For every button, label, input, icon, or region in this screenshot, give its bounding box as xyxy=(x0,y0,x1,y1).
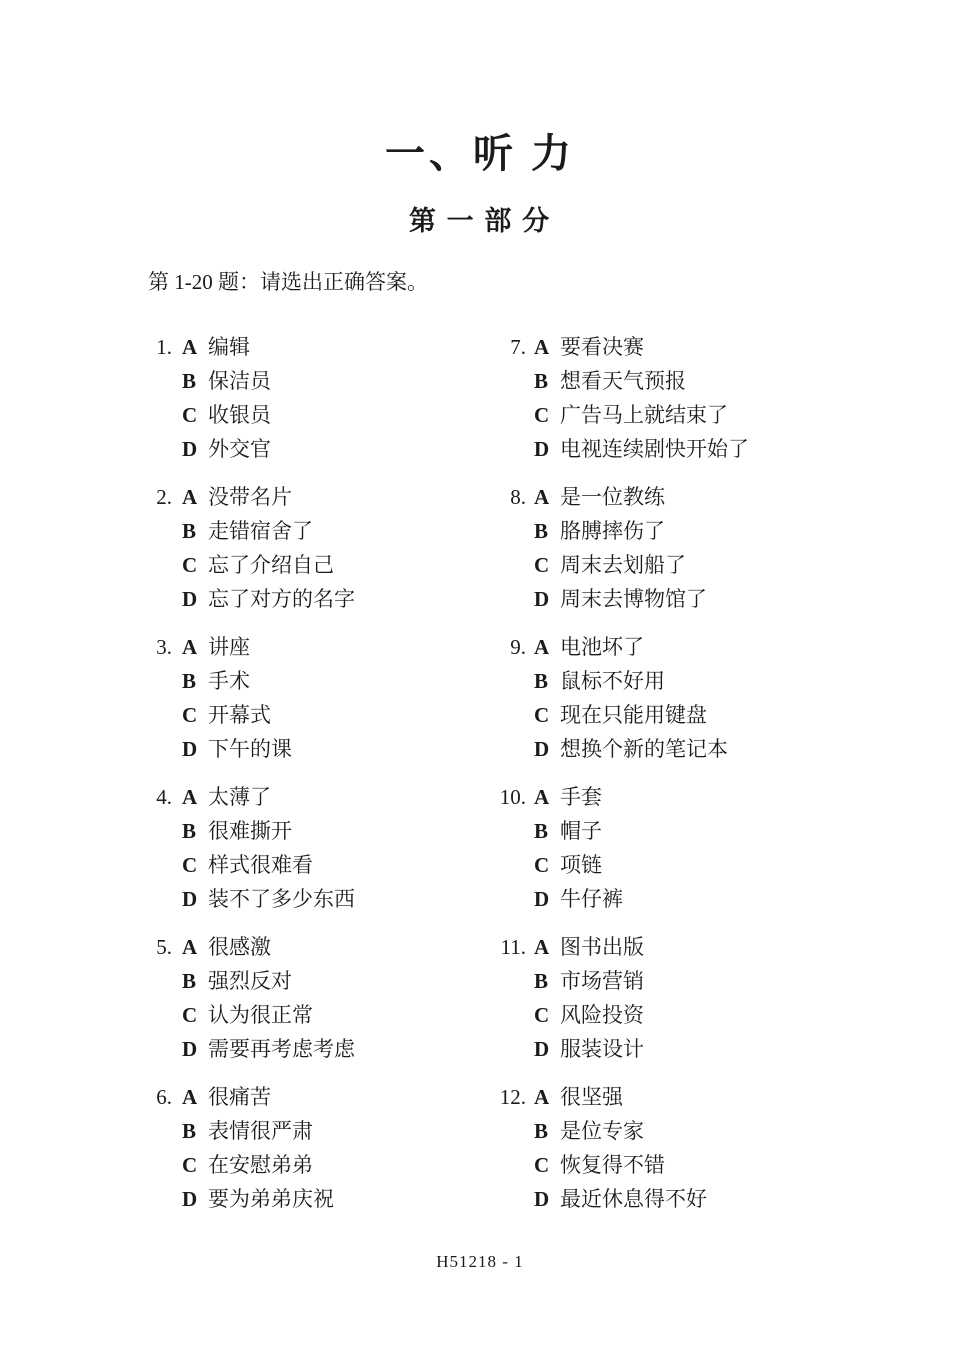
number-spacer xyxy=(498,1148,526,1182)
option-row: D电视连续剧快开始了 xyxy=(498,432,960,466)
number-spacer xyxy=(150,1182,172,1216)
option-letter: A xyxy=(182,1080,199,1114)
option-text: 市场营销 xyxy=(560,964,644,998)
option-letter: A xyxy=(534,1080,551,1114)
question-number: 7. xyxy=(498,330,526,364)
option-text: 收银员 xyxy=(208,398,271,432)
option-text: 手术 xyxy=(208,664,250,698)
option-letter: A xyxy=(182,630,199,664)
option-letter: D xyxy=(534,1182,551,1216)
option-letter: D xyxy=(534,732,551,766)
option-text: 牛仔裤 xyxy=(560,882,623,916)
question-8: 8.A是一位教练 B胳膊摔伤了 C周末去划船了 D周末去博物馆了 xyxy=(498,480,960,616)
option-letter: B xyxy=(182,364,199,398)
number-spacer xyxy=(150,814,172,848)
number-spacer xyxy=(498,582,526,616)
option-text: 是一位教练 xyxy=(560,480,665,514)
option-letter: A xyxy=(534,630,551,664)
option-text: 很感激 xyxy=(208,930,271,964)
option-row: C开幕式 xyxy=(150,698,498,732)
option-letter: B xyxy=(534,664,551,698)
option-text: 周末去博物馆了 xyxy=(560,582,707,616)
option-row: B想看天气预报 xyxy=(498,364,960,398)
option-text: 想换个新的笔记本 xyxy=(560,732,728,766)
option-text: 很难撕开 xyxy=(208,814,292,848)
question-number: 9. xyxy=(498,630,526,664)
number-spacer xyxy=(498,1114,526,1148)
number-spacer xyxy=(498,364,526,398)
option-letter: D xyxy=(534,582,551,616)
number-spacer xyxy=(150,432,172,466)
question-11: 11.A图书出版 B市场营销 C风险投资 D服装设计 xyxy=(498,930,960,1066)
option-row: B鼠标不好用 xyxy=(498,664,960,698)
option-letter: B xyxy=(534,964,551,998)
option-letter: B xyxy=(182,514,199,548)
option-row: B是位专家 xyxy=(498,1114,960,1148)
option-letter: C xyxy=(182,548,199,582)
option-row: C广告马上就结束了 xyxy=(498,398,960,432)
option-row: D下午的课 xyxy=(150,732,498,766)
option-row: 4.A太薄了 xyxy=(150,780,498,814)
option-row: D忘了对方的名字 xyxy=(150,582,498,616)
option-row: C周末去划船了 xyxy=(498,548,960,582)
option-text: 周末去划船了 xyxy=(560,548,686,582)
number-spacer xyxy=(498,698,526,732)
option-text: 在安慰弟弟 xyxy=(208,1148,313,1182)
option-text: 现在只能用键盘 xyxy=(560,698,707,732)
question-number: 12. xyxy=(498,1080,526,1114)
question-1: 1.A编辑 B保洁员 C收银员 D外交官 xyxy=(150,330,498,466)
number-spacer xyxy=(150,732,172,766)
number-spacer xyxy=(498,398,526,432)
option-letter: B xyxy=(534,1114,551,1148)
number-spacer xyxy=(498,964,526,998)
option-letter: C xyxy=(182,698,199,732)
option-letter: C xyxy=(182,398,199,432)
option-text: 手套 xyxy=(560,780,602,814)
option-letter: C xyxy=(534,698,551,732)
option-text: 忘了对方的名字 xyxy=(208,582,355,616)
option-text: 是位专家 xyxy=(560,1114,644,1148)
option-letter: D xyxy=(182,432,199,466)
option-text: 认为很正常 xyxy=(208,998,313,1032)
option-text: 胳膊摔伤了 xyxy=(560,514,665,548)
option-text: 电池坏了 xyxy=(560,630,644,664)
number-spacer xyxy=(150,1032,172,1066)
option-text: 要为弟弟庆祝 xyxy=(208,1182,334,1216)
question-10: 10.A手套 B帽子 C项链 D牛仔裤 xyxy=(498,780,960,916)
option-letter: C xyxy=(534,998,551,1032)
option-letter: D xyxy=(534,432,551,466)
option-row: 6.A很痛苦 xyxy=(150,1080,498,1114)
option-row: D需要再考虑考虑 xyxy=(150,1032,498,1066)
option-letter: A xyxy=(182,930,199,964)
number-spacer xyxy=(498,548,526,582)
option-row: C在安慰弟弟 xyxy=(150,1148,498,1182)
option-text: 电视连续剧快开始了 xyxy=(560,432,749,466)
question-number: 6. xyxy=(150,1080,172,1114)
option-text: 广告马上就结束了 xyxy=(560,398,728,432)
option-letter: B xyxy=(182,964,199,998)
question-3: 3.A讲座 B手术 C开幕式 D下午的课 xyxy=(150,630,498,766)
option-row: C风险投资 xyxy=(498,998,960,1032)
number-spacer xyxy=(150,398,172,432)
number-spacer xyxy=(498,998,526,1032)
option-text: 恢复得不错 xyxy=(560,1148,665,1182)
option-text: 表情很严肃 xyxy=(208,1114,313,1148)
option-letter: D xyxy=(534,882,551,916)
question-number: 5. xyxy=(150,930,172,964)
option-row: C忘了介绍自己 xyxy=(150,548,498,582)
option-text: 装不了多少东西 xyxy=(208,882,355,916)
option-letter: A xyxy=(534,480,551,514)
option-text: 最近休息得不好 xyxy=(560,1182,707,1216)
question-7: 7.A要看决赛 B想看天气预报 C广告马上就结束了 D电视连续剧快开始了 xyxy=(498,330,960,466)
option-text: 强烈反对 xyxy=(208,964,292,998)
option-row: B市场营销 xyxy=(498,964,960,998)
questions-area: 1.A编辑 B保洁员 C收银员 D外交官 2.A没带名片 B走错宿舍了 C忘了介… xyxy=(150,330,960,1230)
option-text: 鼠标不好用 xyxy=(560,664,665,698)
option-row: C收银员 xyxy=(150,398,498,432)
option-row: 7.A要看决赛 xyxy=(498,330,960,364)
page-footer-code: H51218 - 1 xyxy=(0,1252,960,1272)
option-text: 需要再考虑考虑 xyxy=(208,1032,355,1066)
option-row: 8.A是一位教练 xyxy=(498,480,960,514)
number-spacer xyxy=(150,364,172,398)
option-letter: C xyxy=(534,1148,551,1182)
number-spacer xyxy=(498,514,526,548)
number-spacer xyxy=(498,1032,526,1066)
option-row: B很难撕开 xyxy=(150,814,498,848)
questions-column-left: 1.A编辑 B保洁员 C收银员 D外交官 2.A没带名片 B走错宿舍了 C忘了介… xyxy=(150,330,498,1230)
question-9: 9.A电池坏了 B鼠标不好用 C现在只能用键盘 D想换个新的笔记本 xyxy=(498,630,960,766)
option-text: 保洁员 xyxy=(208,364,271,398)
option-row: B表情很严肃 xyxy=(150,1114,498,1148)
option-row: D外交官 xyxy=(150,432,498,466)
option-row: C现在只能用键盘 xyxy=(498,698,960,732)
option-text: 太薄了 xyxy=(208,780,271,814)
option-row: D牛仔裤 xyxy=(498,882,960,916)
option-text: 下午的课 xyxy=(208,732,292,766)
option-letter: A xyxy=(534,930,551,964)
question-number: 4. xyxy=(150,780,172,814)
option-row: 11.A图书出版 xyxy=(498,930,960,964)
option-letter: D xyxy=(182,1032,199,1066)
option-row: 2.A没带名片 xyxy=(150,480,498,514)
option-row: D装不了多少东西 xyxy=(150,882,498,916)
option-text: 图书出版 xyxy=(560,930,644,964)
number-spacer xyxy=(150,1114,172,1148)
question-5: 5.A很感激 B强烈反对 C认为很正常 D需要再考虑考虑 xyxy=(150,930,498,1066)
option-text: 服装设计 xyxy=(560,1032,644,1066)
number-spacer xyxy=(150,664,172,698)
option-letter: A xyxy=(182,330,199,364)
option-row: D周末去博物馆了 xyxy=(498,582,960,616)
option-letter: B xyxy=(182,1114,199,1148)
option-row: 5.A很感激 xyxy=(150,930,498,964)
option-text: 想看天气预报 xyxy=(560,364,686,398)
number-spacer xyxy=(150,964,172,998)
option-row: B走错宿舍了 xyxy=(150,514,498,548)
option-text: 样式很难看 xyxy=(208,848,313,882)
question-4: 4.A太薄了 B很难撕开 C样式很难看 D装不了多少东西 xyxy=(150,780,498,916)
option-row: D要为弟弟庆祝 xyxy=(150,1182,498,1216)
questions-column-right: 7.A要看决赛 B想看天气预报 C广告马上就结束了 D电视连续剧快开始了 8.A… xyxy=(498,330,960,1230)
question-number: 11. xyxy=(498,930,526,964)
option-text: 很坚强 xyxy=(560,1080,623,1114)
number-spacer xyxy=(150,548,172,582)
instruction-text: 第 1-20 题：请选出正确答案。 xyxy=(148,266,960,296)
option-letter: C xyxy=(534,848,551,882)
option-row: D最近休息得不好 xyxy=(498,1182,960,1216)
option-row: D想换个新的笔记本 xyxy=(498,732,960,766)
option-letter: C xyxy=(534,398,551,432)
option-text: 没带名片 xyxy=(208,480,292,514)
option-row: 9.A电池坏了 xyxy=(498,630,960,664)
option-text: 要看决赛 xyxy=(560,330,644,364)
option-row: B手术 xyxy=(150,664,498,698)
option-letter: A xyxy=(182,780,199,814)
option-row: C认为很正常 xyxy=(150,998,498,1032)
question-number: 3. xyxy=(150,630,172,664)
option-letter: D xyxy=(182,882,199,916)
option-text: 忘了介绍自己 xyxy=(208,548,334,582)
option-letter: B xyxy=(182,664,199,698)
option-letter: D xyxy=(182,1182,199,1216)
option-letter: B xyxy=(534,514,551,548)
question-12: 12.A很坚强 B是位专家 C恢复得不错 D最近休息得不好 xyxy=(498,1080,960,1216)
option-row: B强烈反对 xyxy=(150,964,498,998)
option-letter: D xyxy=(534,1032,551,1066)
number-spacer xyxy=(150,514,172,548)
option-letter: C xyxy=(182,1148,199,1182)
option-row: C恢复得不错 xyxy=(498,1148,960,1182)
section-title: 一、听 力 xyxy=(0,0,960,179)
option-letter: C xyxy=(534,548,551,582)
number-spacer xyxy=(150,998,172,1032)
number-spacer xyxy=(150,882,172,916)
option-row: 10.A手套 xyxy=(498,780,960,814)
number-spacer xyxy=(498,1182,526,1216)
option-row: B胳膊摔伤了 xyxy=(498,514,960,548)
option-row: B帽子 xyxy=(498,814,960,848)
option-text: 开幕式 xyxy=(208,698,271,732)
question-number: 8. xyxy=(498,480,526,514)
option-letter: A xyxy=(182,480,199,514)
option-text: 项链 xyxy=(560,848,602,882)
option-row: C样式很难看 xyxy=(150,848,498,882)
number-spacer xyxy=(150,848,172,882)
option-letter: A xyxy=(534,330,551,364)
question-number: 1. xyxy=(150,330,172,364)
number-spacer xyxy=(498,882,526,916)
number-spacer xyxy=(150,698,172,732)
number-spacer xyxy=(498,848,526,882)
option-row: 1.A编辑 xyxy=(150,330,498,364)
option-text: 讲座 xyxy=(208,630,250,664)
option-row: 12.A很坚强 xyxy=(498,1080,960,1114)
option-letter: B xyxy=(534,814,551,848)
option-row: C项链 xyxy=(498,848,960,882)
option-letter: D xyxy=(182,582,199,616)
number-spacer xyxy=(150,582,172,616)
number-spacer xyxy=(498,432,526,466)
option-letter: B xyxy=(182,814,199,848)
option-row: B保洁员 xyxy=(150,364,498,398)
option-letter: C xyxy=(182,998,199,1032)
option-row: D服装设计 xyxy=(498,1032,960,1066)
option-row: 3.A讲座 xyxy=(150,630,498,664)
option-text: 外交官 xyxy=(208,432,271,466)
option-text: 很痛苦 xyxy=(208,1080,271,1114)
option-text: 帽子 xyxy=(560,814,602,848)
part-subtitle: 第 一 部 分 xyxy=(0,199,960,238)
option-letter: B xyxy=(534,364,551,398)
question-number: 10. xyxy=(498,780,526,814)
number-spacer xyxy=(498,814,526,848)
question-6: 6.A很痛苦 B表情很严肃 C在安慰弟弟 D要为弟弟庆祝 xyxy=(150,1080,498,1216)
option-letter: D xyxy=(182,732,199,766)
question-number: 2. xyxy=(150,480,172,514)
number-spacer xyxy=(498,732,526,766)
option-text: 走错宿舍了 xyxy=(208,514,313,548)
question-2: 2.A没带名片 B走错宿舍了 C忘了介绍自己 D忘了对方的名字 xyxy=(150,480,498,616)
exam-page: 一、听 力 第 一 部 分 第 1-20 题：请选出正确答案。 1.A编辑 B保… xyxy=(0,0,960,1358)
number-spacer xyxy=(150,1148,172,1182)
number-spacer xyxy=(498,664,526,698)
option-letter: A xyxy=(534,780,551,814)
option-text: 编辑 xyxy=(208,330,250,364)
option-text: 风险投资 xyxy=(560,998,644,1032)
option-letter: C xyxy=(182,848,199,882)
